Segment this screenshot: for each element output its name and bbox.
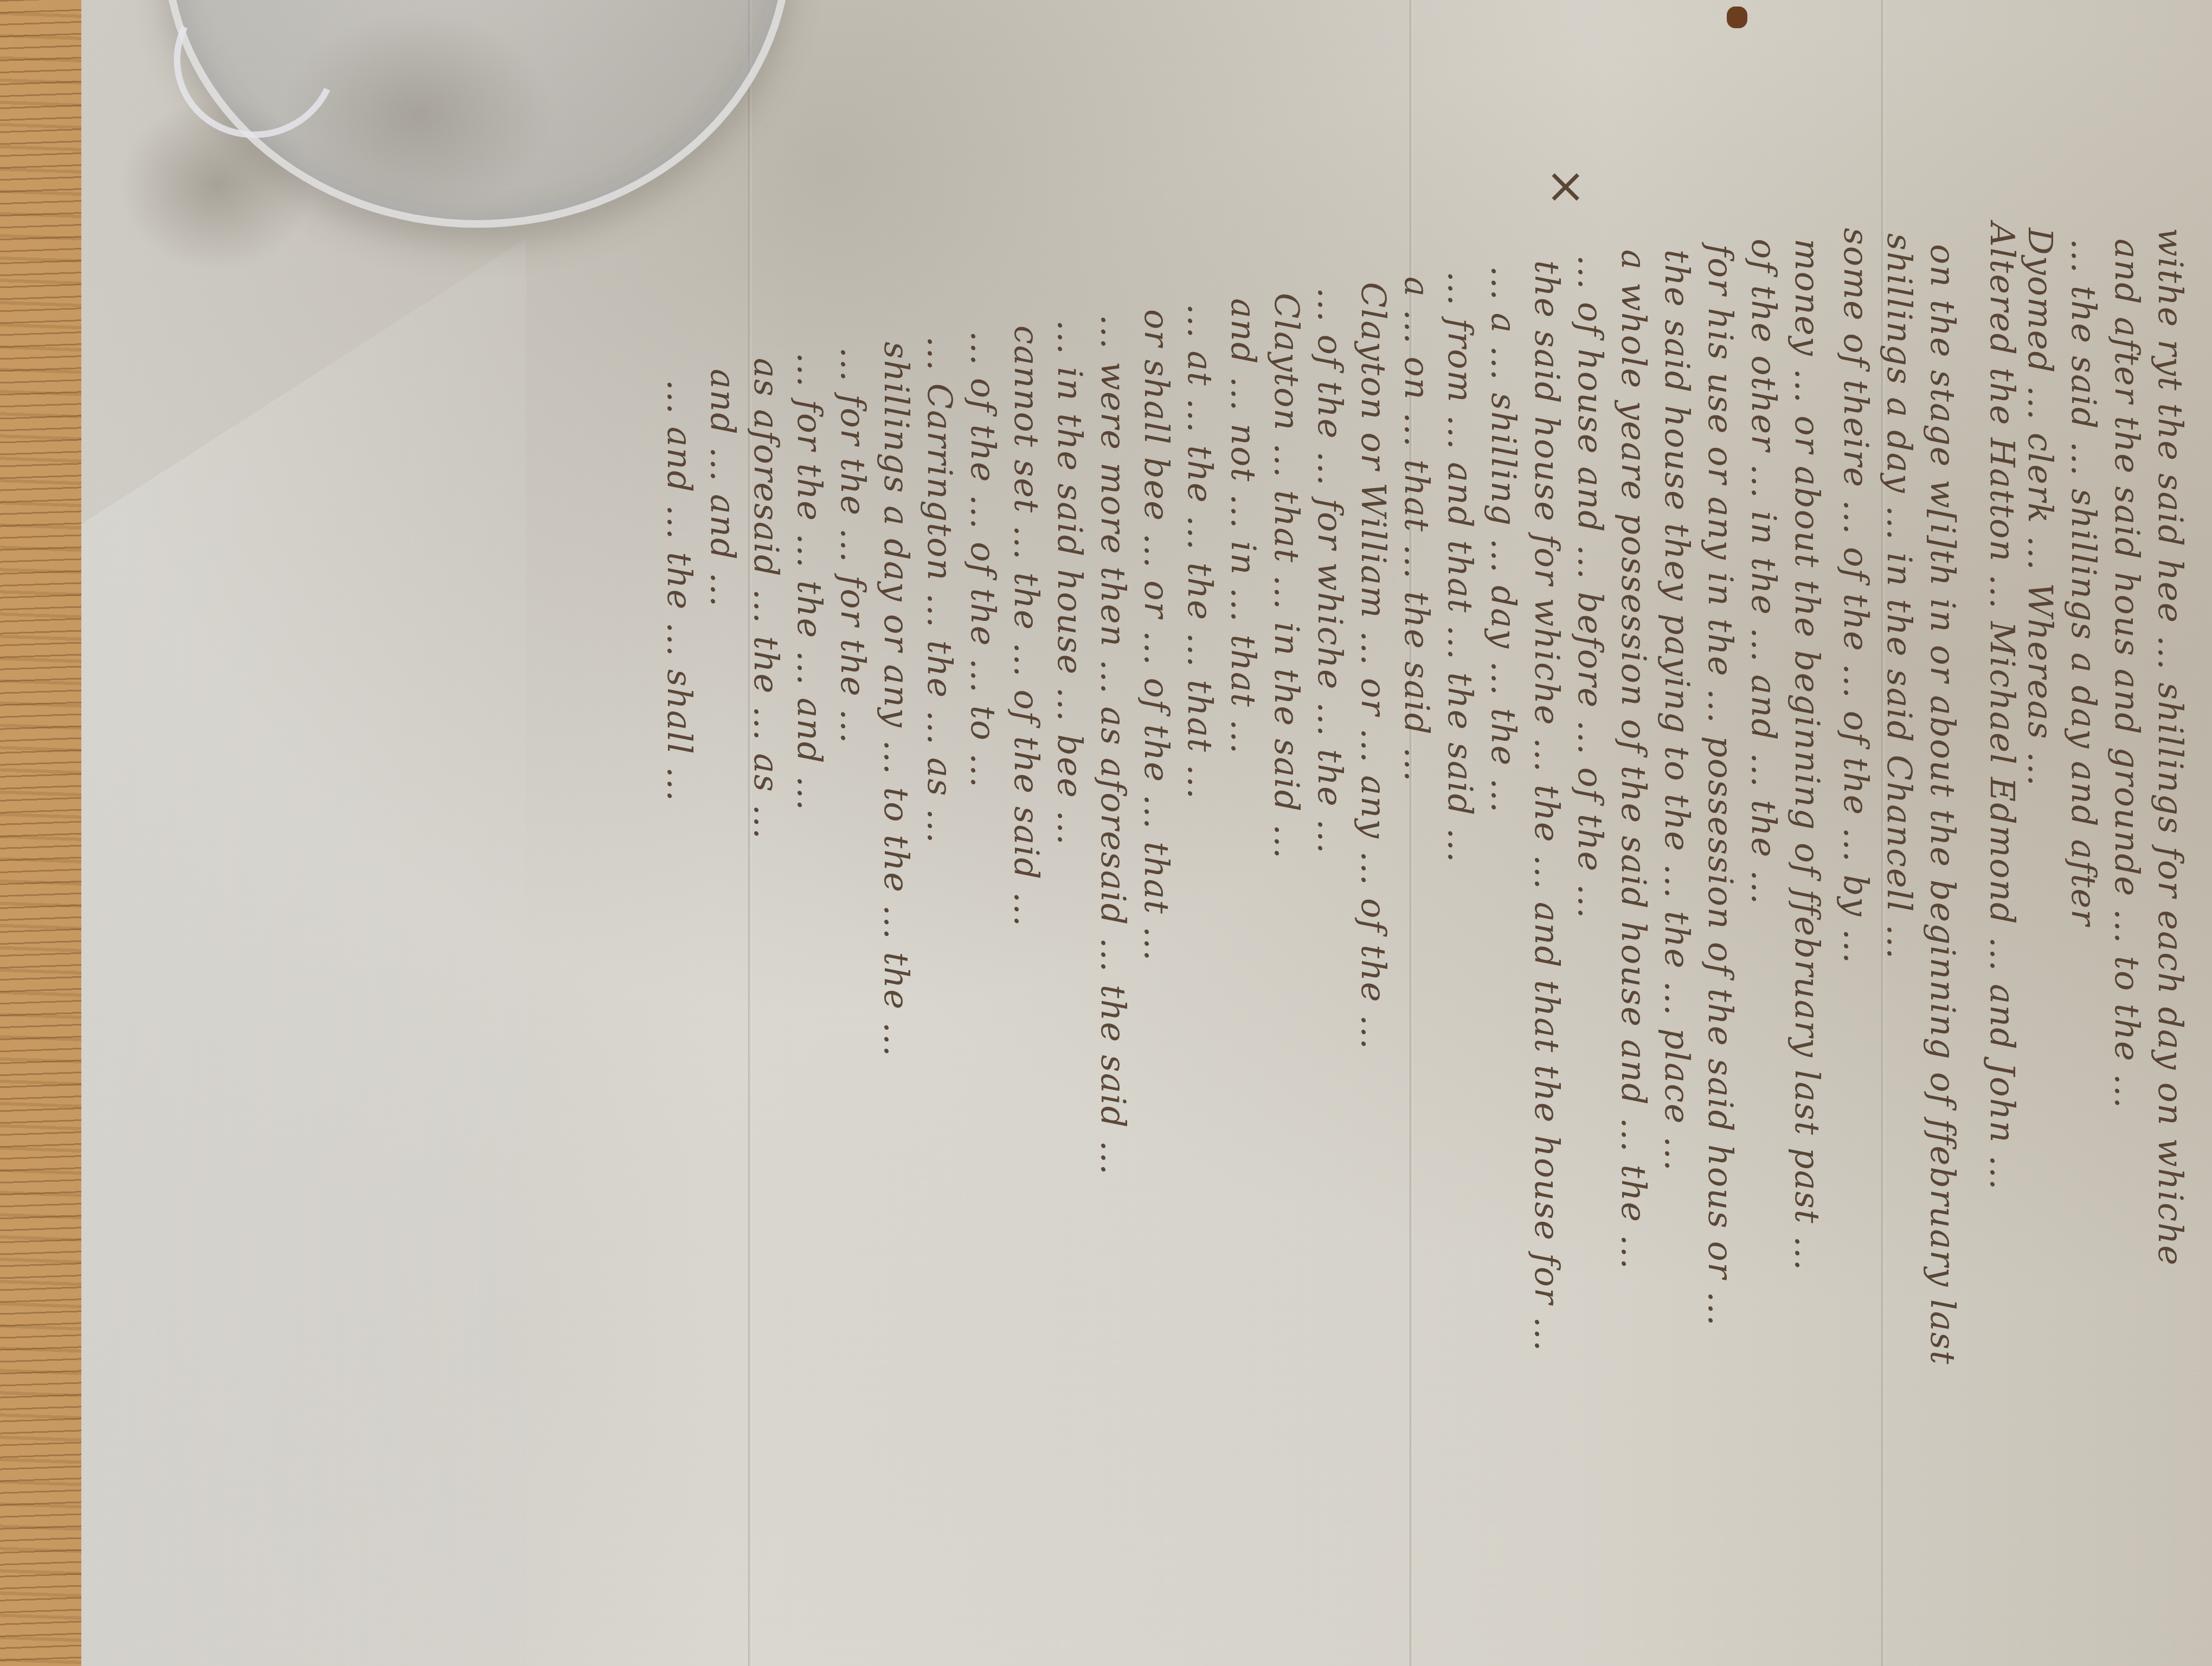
text-line: ... Carrington ... the ... as ... xyxy=(920,336,960,844)
text-line: ... of house and ... before ... of the .… xyxy=(1571,255,1610,919)
text-line: shillings a day ... in the said Chancell… xyxy=(1880,233,1919,960)
text-line: ... of the ... for whiche ... the ... xyxy=(1310,287,1350,855)
text-line: some of theire ... of the ... of the ...… xyxy=(1836,228,1876,964)
text-line: a ... on ... that ... the said ... xyxy=(1397,277,1437,783)
text-line: ... a ... shilling ... day ... the ... xyxy=(1484,266,1523,813)
text-line: ... and ... the ... shall ... xyxy=(660,380,699,802)
text-line: Altered the Hatton ... Michael Edmond ..… xyxy=(1983,222,2022,1190)
text-line: a whole yeare possession of the said hou… xyxy=(1614,249,1654,1270)
text-line: the said house they paying to the ... th… xyxy=(1657,249,1697,1172)
text-line: ... from ... and that ... the said ... xyxy=(1441,271,1480,863)
text-line: Dyomed ... clerk ... Whereas ... xyxy=(2021,228,2060,787)
text-line: ... were more then ... as aforesaid ... … xyxy=(1094,315,1133,1176)
text-line: cannot set ... the ... of the said ... xyxy=(1007,325,1046,927)
text-line: Clayton ... that ... in the said ... xyxy=(1267,293,1307,860)
handwritten-text-block: withe ryt the said hee ... shillings for… xyxy=(0,0,2212,1666)
text-line: ... for the ... for the ... xyxy=(833,347,873,745)
text-line: or shall bee ... or ... of the ... that … xyxy=(1137,309,1176,962)
text-line: on the stage w[i]th in or about the begi… xyxy=(1923,244,1963,1365)
text-line: money ... or about the beginning of ffeb… xyxy=(1787,239,1827,1271)
text-line: ... at ... the ... the ... that ... xyxy=(1180,304,1220,800)
text-line: and ... and ... xyxy=(703,369,743,608)
text-line: ... the said ... shillings a day and aft… xyxy=(2064,239,2104,927)
text-line: the said house for whiche ... the ... an… xyxy=(1527,260,1567,1352)
text-line: and after the said hous and grounde ... … xyxy=(2107,239,2147,1109)
text-line: and ... not ... in ... that ... xyxy=(1224,298,1263,755)
text-line: withe ryt the said hee ... shillings for… xyxy=(2151,228,2190,1266)
text-line: shillings a day or any ... to the ... th… xyxy=(877,342,916,1058)
text-line: as aforesaid ... the ... as ... xyxy=(747,358,786,840)
text-line: of the other ... in the ... and ... the … xyxy=(1744,239,1784,905)
text-line: ... in the said house ... bee ... xyxy=(1050,320,1090,846)
text-line: ... of the ... of the ... to ... xyxy=(963,331,1003,789)
text-line: ... for the ... the ... and ... xyxy=(790,353,829,811)
text-line: for his use or any in the ... possession… xyxy=(1701,244,1740,1327)
text-line: Clayton or William ... or ... any ... of… xyxy=(1354,282,1393,1050)
